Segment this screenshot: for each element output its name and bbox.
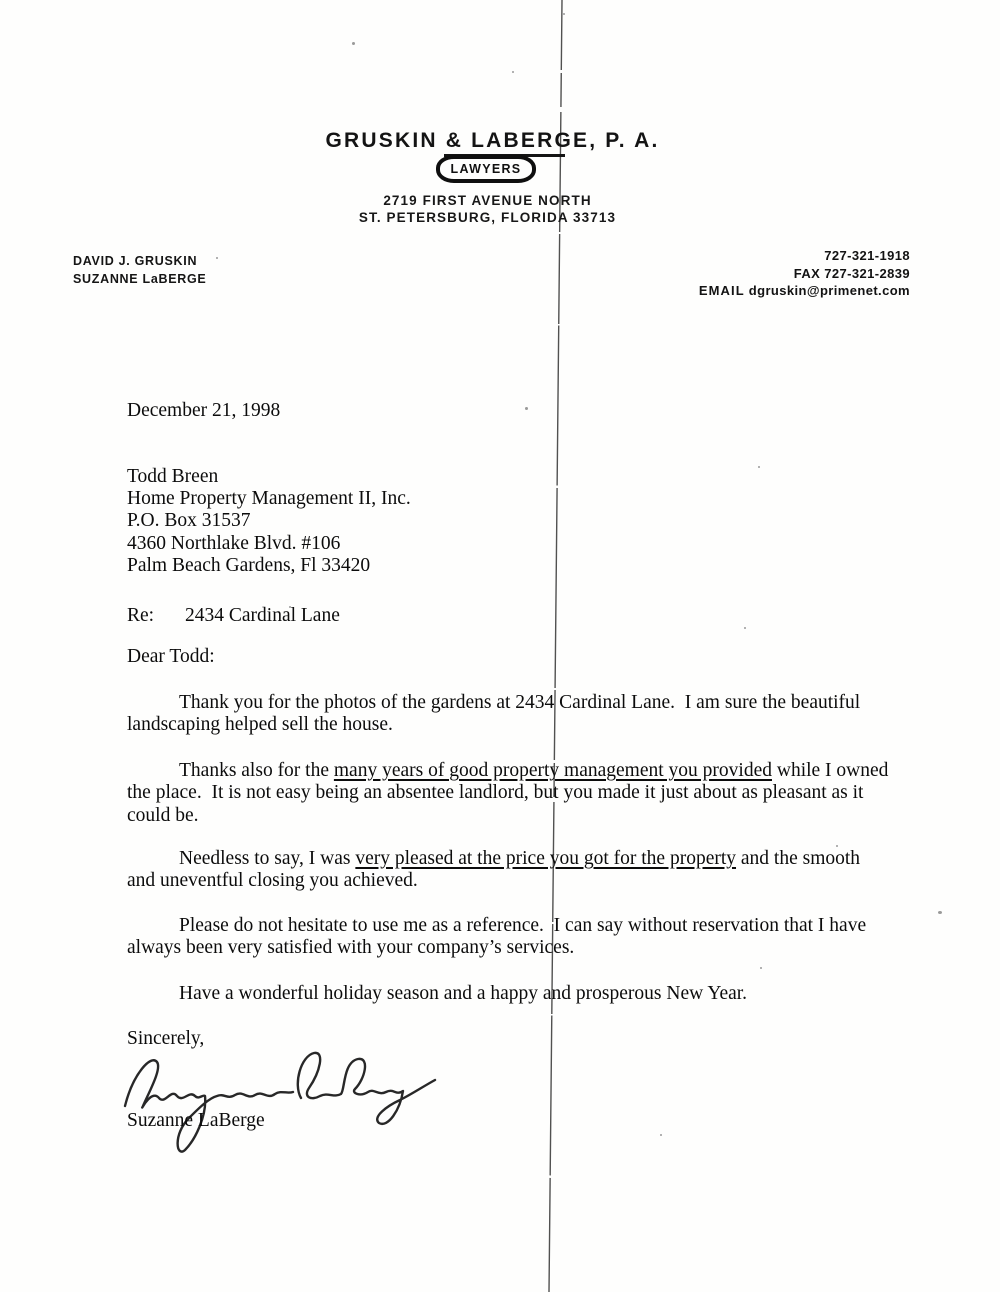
paragraph-3: Needless to say, I was very pleased at t…	[127, 848, 889, 893]
scan-speck	[760, 967, 762, 969]
paragraph-2: Thanks also for the many years of good p…	[127, 760, 889, 827]
scan-speck	[758, 466, 760, 468]
attorney-names: DAVID J. GRUSKIN SUZANNE LaBERGE	[73, 252, 206, 288]
recipient-company: Home Property Management II, Inc.	[127, 488, 411, 510]
scan-speck	[660, 1134, 662, 1136]
scan-speck	[289, 606, 291, 608]
closing: Sincerely,	[127, 1028, 204, 1050]
recipient-city: Palm Beach Gardens, Fl 33420	[127, 555, 411, 577]
letterhead-address-line1: 2719 FIRST AVENUE NORTH	[0, 193, 975, 208]
lawyers-badge: LAWYERS	[436, 155, 536, 183]
email-line: EMAIL dgruskin@primenet.com	[699, 282, 910, 300]
scan-speck	[938, 911, 942, 914]
scan-speck	[836, 845, 838, 847]
letter-date: December 21, 1998	[127, 400, 280, 422]
letterhead-address-line2: ST. PETERSBURG, FLORIDA 33713	[0, 210, 975, 225]
scan-speck	[744, 627, 746, 629]
recipient-street: 4360 Northlake Blvd. #106	[127, 533, 411, 555]
email-label: EMAIL	[699, 283, 745, 298]
re-label: Re:	[127, 605, 185, 627]
contact-block: 727-321-1918 FAX 727-321-2839 EMAIL dgru…	[699, 247, 910, 300]
email-address: dgruskin@primenet.com	[749, 283, 910, 298]
attorney-name-gruskin: DAVID J. GRUSKIN	[73, 252, 206, 270]
scan-speck	[525, 407, 528, 410]
scan-speck	[352, 42, 355, 45]
phone-number: 727-321-1918	[699, 247, 910, 265]
recipient-name: Todd Breen	[127, 466, 411, 488]
signature-handwriting	[115, 1044, 447, 1160]
re-line: Re:2434 Cardinal Lane	[127, 605, 340, 627]
fax-number: FAX 727-321-2839	[699, 265, 910, 283]
attorney-name-laberge: SUZANNE LaBERGE	[73, 270, 206, 288]
firm-name: GRUSKIN & LABERGE, P. A.	[0, 129, 985, 153]
salutation: Dear Todd:	[127, 646, 215, 668]
signature-typed-name: Suzanne LaBerge	[127, 1110, 265, 1132]
paragraph-1: Thank you for the photos of the gardens …	[127, 692, 889, 737]
recipient-address-block: Todd Breen Home Property Management II, …	[127, 466, 411, 577]
paragraph-5: Have a wonderful holiday season and a ha…	[127, 983, 889, 1005]
recipient-po-box: P.O. Box 31537	[127, 510, 411, 532]
scan-speck	[563, 13, 565, 15]
paragraph-4: Please do not hesitate to use me as a re…	[127, 915, 889, 960]
paragraph-3-pre: Needless to say, I was	[179, 848, 355, 869]
scan-speck	[216, 257, 218, 259]
paragraph-2-pre: Thanks also for the	[179, 760, 334, 781]
paragraph-3-underlined: very pleased at the price you got for th…	[355, 848, 736, 869]
letter-page: GRUSKIN & LABERGE, P. A. LAWYERS 2719 FI…	[0, 0, 1000, 1292]
scan-speck	[512, 71, 514, 73]
lawyers-label: LAWYERS	[451, 162, 522, 176]
paragraph-2-underlined: many years of good property management y…	[334, 760, 772, 781]
re-value: 2434 Cardinal Lane	[185, 605, 340, 626]
